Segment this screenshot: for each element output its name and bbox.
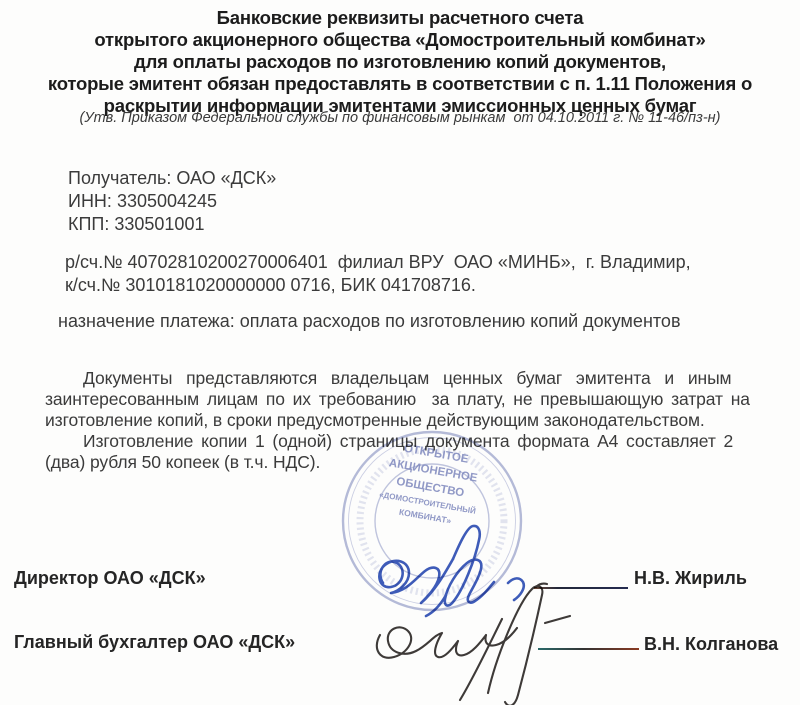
scanned-document: Банковские реквизиты расчетного счета от… (0, 0, 800, 705)
paragraph-line: Документы представляются владельцам ценн… (45, 368, 769, 389)
document-title: Банковские реквизиты расчетного счета от… (0, 7, 800, 117)
title-line: Банковские реквизиты расчетного счета (0, 7, 800, 29)
recipient-details: Получатель: ОАО «ДСК» ИНН: 3305004245 КП… (68, 167, 276, 236)
title-line: открытого акционерного общества «Домостр… (0, 29, 800, 51)
paragraph-line: заинтересованным лицам по их требованию … (45, 389, 769, 410)
handwritten-signatures (350, 495, 590, 705)
director-signature-ink (379, 526, 523, 616)
correspondent-account: к/сч.№ 3010181020000000 0716, БИК 041708… (65, 274, 691, 297)
recipient-inn: ИНН: 3305004245 (68, 190, 276, 213)
recipient-name: Получатель: ОАО «ДСК» (68, 167, 276, 190)
title-line: которые эмитент обязан предоставлять в с… (0, 73, 800, 95)
title-line: для оплаты расходов по изготовлению копи… (0, 51, 800, 73)
recipient-kpp: КПП: 330501001 (68, 213, 276, 236)
bank-account-details: р/сч.№ 40702810200270006401 филиал ВРУ О… (65, 251, 691, 297)
accountant-title-label: Главный бухгалтер ОАО «ДСК» (14, 632, 295, 653)
director-name: Н.В. Жириль (634, 568, 747, 589)
payment-purpose-text: назначение платежа: оплата расходов по и… (58, 310, 681, 333)
document-subtitle-approval-note: (Утв. Приказом Федеральной службы по фин… (0, 110, 800, 126)
accountant-name: В.Н. Колганова (644, 634, 778, 655)
payment-purpose: назначение платежа: оплата расходов по и… (58, 310, 681, 333)
director-title-label: Директор ОАО «ДСК» (14, 568, 206, 589)
settlement-account: р/сч.№ 40702810200270006401 филиал ВРУ О… (65, 251, 691, 274)
